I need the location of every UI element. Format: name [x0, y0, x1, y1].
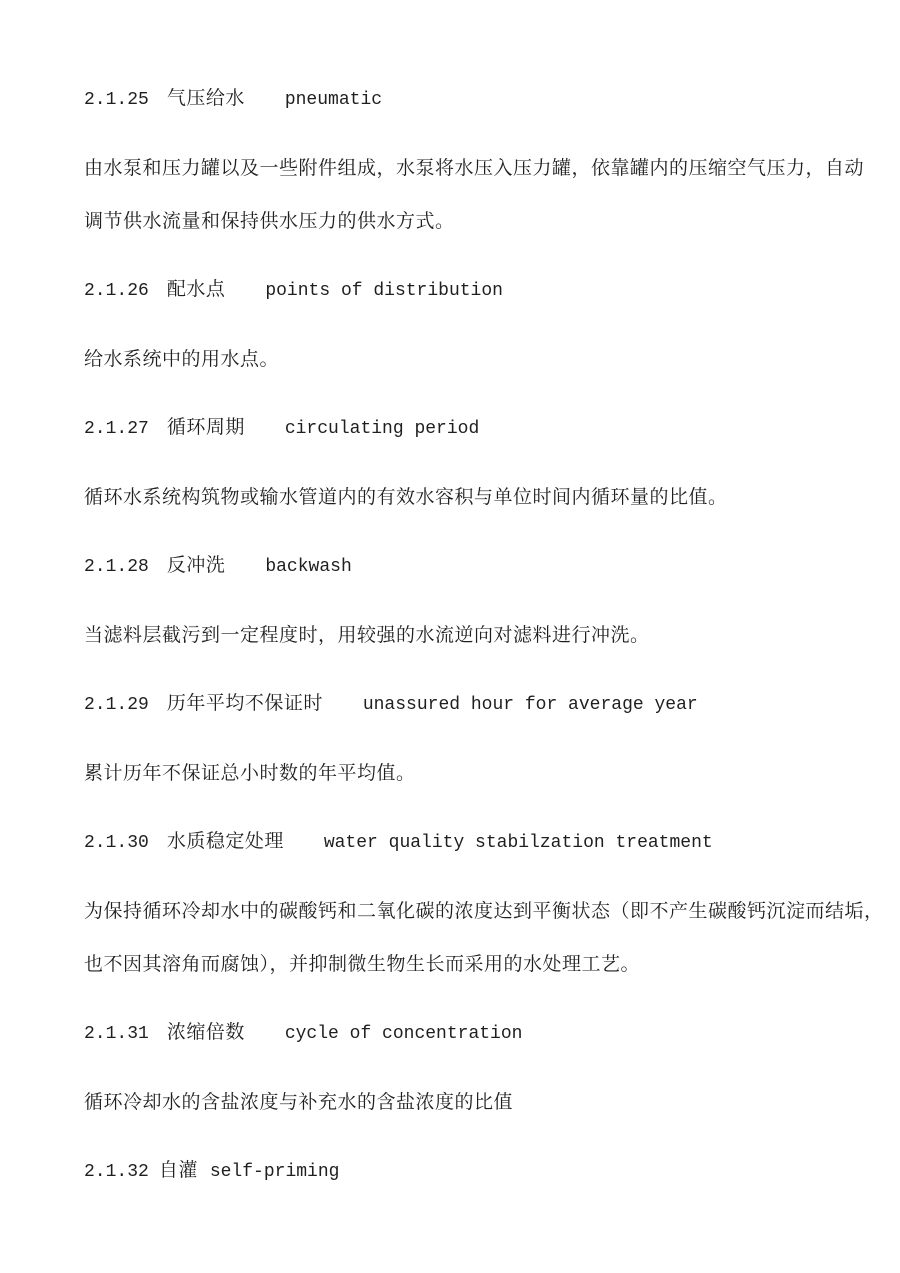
term-definition: 当滤料层截污到一定程度时，用较强的水流逆向对滤料进行冲洗。: [84, 609, 816, 662]
term-entry-2-1-29: 2.1.29历年平均不保证时unassured hour for average…: [84, 677, 816, 800]
term-definition: 给水系统中的用水点。: [84, 333, 816, 386]
term-zh: 气压给水: [167, 88, 245, 109]
term-entry-2-1-31: 2.1.31浓缩倍数cycle of concentration 循环冷却水的含…: [84, 1006, 816, 1129]
term-zh: 循环周期: [167, 417, 245, 438]
term-en: unassured hour for average year: [363, 695, 698, 715]
definition-line: 当滤料层截污到一定程度时，用较强的水流逆向对滤料进行冲洗。: [84, 609, 816, 662]
term-number: 2.1.29: [84, 695, 149, 715]
term-number: 2.1.26: [84, 281, 149, 301]
term-entry-2-1-32: 2.1.32自灌self-priming: [84, 1144, 816, 1199]
term-entry-2-1-25: 2.1.25气压给水pneumatic 由水泵和压力罐以及一些附件组成，水泵将水…: [84, 72, 816, 248]
term-zh: 配水点: [167, 279, 226, 300]
term-definition: 循环冷却水的含盐浓度与补充水的含盐浓度的比值: [84, 1076, 816, 1129]
definition-line: 累计历年不保证总小时数的年平均值。: [84, 747, 816, 800]
term-number: 2.1.32: [84, 1162, 149, 1182]
term-definition: 由水泵和压力罐以及一些附件组成，水泵将水压入压力罐，依靠罐内的压缩空气压力，自动…: [84, 142, 816, 248]
definition-line: 循环冷却水的含盐浓度与补充水的含盐浓度的比值: [84, 1076, 816, 1129]
definition-line: 也不因其溶角而腐蚀），并抑制微生物生长而采用的水处理工艺。: [84, 938, 816, 991]
term-definition: 循环水系统构筑物或输水管道内的有效水容积与单位时间内循环量的比值。: [84, 471, 816, 524]
term-en: circulating period: [285, 419, 479, 439]
term-en: self-priming: [210, 1162, 340, 1182]
term-heading: 2.1.27循环周期circulating period: [84, 401, 816, 456]
term-en: pneumatic: [285, 90, 382, 110]
definition-line: 循环水系统构筑物或输水管道内的有效水容积与单位时间内循环量的比值。: [84, 471, 816, 524]
term-entry-2-1-27: 2.1.27循环周期circulating period 循环水系统构筑物或输水…: [84, 401, 816, 524]
term-number: 2.1.31: [84, 1024, 149, 1044]
term-number: 2.1.28: [84, 557, 149, 577]
definition-line: 给水系统中的用水点。: [84, 333, 816, 386]
term-heading: 2.1.28反冲洗backwash: [84, 539, 816, 594]
term-heading: 2.1.30水质稳定处理water quality stabilzation t…: [84, 815, 816, 870]
term-heading: 2.1.32自灌self-priming: [84, 1144, 816, 1199]
term-en: points of distribution: [265, 281, 503, 301]
term-zh: 自灌: [159, 1160, 198, 1181]
term-zh: 水质稳定处理: [167, 831, 284, 852]
term-heading: 2.1.29历年平均不保证时unassured hour for average…: [84, 677, 816, 732]
term-definition: 为保持循环冷却水中的碳酸钙和二氧化碳的浓度达到平衡状态（即不产生碳酸钙沉淀而结垢…: [84, 885, 816, 991]
term-entry-2-1-30: 2.1.30水质稳定处理water quality stabilzation t…: [84, 815, 816, 991]
definition-line: 调节供水流量和保持供水压力的供水方式。: [84, 195, 816, 248]
term-en: backwash: [265, 557, 351, 577]
term-definition: 累计历年不保证总小时数的年平均值。: [84, 747, 816, 800]
term-heading: 2.1.26配水点points of distribution: [84, 263, 816, 318]
term-en: water quality stabilzation treatment: [324, 833, 713, 853]
term-zh: 浓缩倍数: [167, 1022, 245, 1043]
term-number: 2.1.25: [84, 90, 149, 110]
term-number: 2.1.30: [84, 833, 149, 853]
definition-line: 为保持循环冷却水中的碳酸钙和二氧化碳的浓度达到平衡状态（即不产生碳酸钙沉淀而结垢…: [84, 885, 816, 938]
term-number: 2.1.27: [84, 419, 149, 439]
term-heading: 2.1.25气压给水pneumatic: [84, 72, 816, 127]
document-page: 2.1.25气压给水pneumatic 由水泵和压力罐以及一些附件组成，水泵将水…: [0, 0, 900, 1273]
term-zh: 历年平均不保证时: [167, 693, 323, 714]
term-heading: 2.1.31浓缩倍数cycle of concentration: [84, 1006, 816, 1061]
term-en: cycle of concentration: [285, 1024, 523, 1044]
definition-line: 由水泵和压力罐以及一些附件组成，水泵将水压入压力罐，依靠罐内的压缩空气压力，自动: [84, 142, 816, 195]
term-entry-2-1-28: 2.1.28反冲洗backwash 当滤料层截污到一定程度时，用较强的水流逆向对…: [84, 539, 816, 662]
term-zh: 反冲洗: [167, 555, 226, 576]
term-entry-2-1-26: 2.1.26配水点points of distribution 给水系统中的用水…: [84, 263, 816, 386]
